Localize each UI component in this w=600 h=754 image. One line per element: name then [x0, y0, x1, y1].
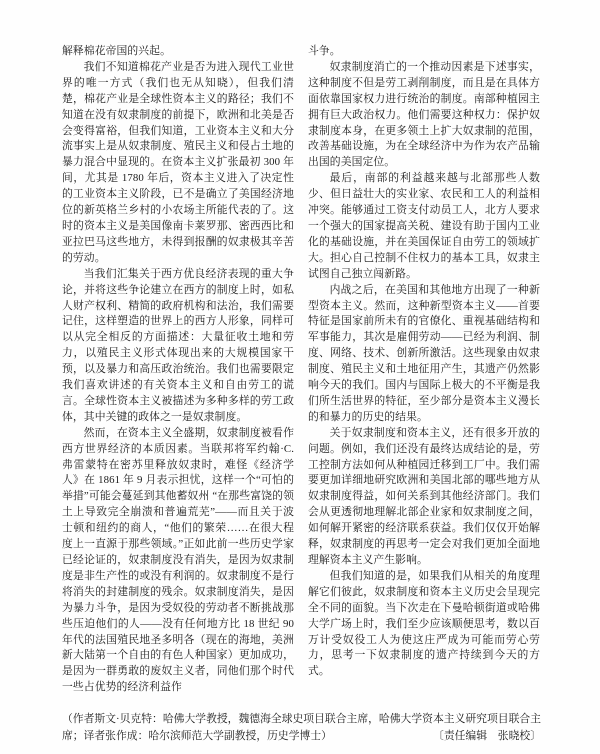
right-column: 斗争。 奴隶制度消亡的一个推动因素是下述事实，这种制度不但是劳工剥削制度，而且是…: [308, 44, 540, 696]
left-paragraph-3: 然而，在资本主义全盛期，奴隶制度被看作西方世界经济的本质因素。当联邦将军约翰·C…: [62, 426, 294, 696]
right-paragraph-3: 内战之后，在美国和其他地方出现了一种新型资本主义。然而，这种新型资本主义——首要…: [308, 283, 540, 426]
responsible-editor-note: 〔责任编辑 张晓校〕: [433, 728, 541, 745]
right-paragraph-2: 最后，南部的利益越来越与北部那些人数少、但日益壮大的实业家、农民和工人的利益相冲…: [308, 171, 540, 282]
journal-article-page: 解释棉花帝国的兴起。 我们不知道棉花产业是否为进入现代工业世界的唯一方式（我们也…: [0, 0, 600, 754]
left-paragraph-2: 当我们汇集关于西方优良经济表现的重大争论，并将这些争论建立在西方的制度上时，如私…: [62, 267, 294, 426]
two-column-text-area: 解释棉花帝国的兴起。 我们不知道棉花产业是否为进入现代工业世界的唯一方式（我们也…: [62, 44, 541, 696]
right-paragraph-1: 奴隶制度消亡的一个推动因素是下述事实，这种制度不但是劳工剥削制度，而且是在具体方…: [308, 60, 540, 171]
left-paragraph-1: 我们不知道棉花产业是否为进入现代工业世界的唯一方式（我们也无从知晓），但我们清楚…: [62, 60, 294, 267]
right-paragraph-continuation: 斗争。: [308, 44, 540, 60]
right-paragraph-4: 关于奴隶制度和资本主义，还有很多开放的问题。例如，我们还没有最终达成结论的是，劳…: [308, 426, 540, 569]
right-paragraph-5: 但我们知道的是，如果我们从相关的角度理解它们彼此，奴隶制度和资本主义历史会呈现完…: [308, 569, 540, 680]
left-paragraph-continuation: 解释棉花帝国的兴起。: [62, 44, 294, 60]
left-column: 解释棉花帝国的兴起。 我们不知道棉花产业是否为进入现代工业世界的唯一方式（我们也…: [62, 44, 294, 696]
footer-note: （作者斯文·贝克特：哈佛大学教授，魏德海全球史项目联合主席，哈佛大学资本主义研究…: [62, 711, 541, 745]
